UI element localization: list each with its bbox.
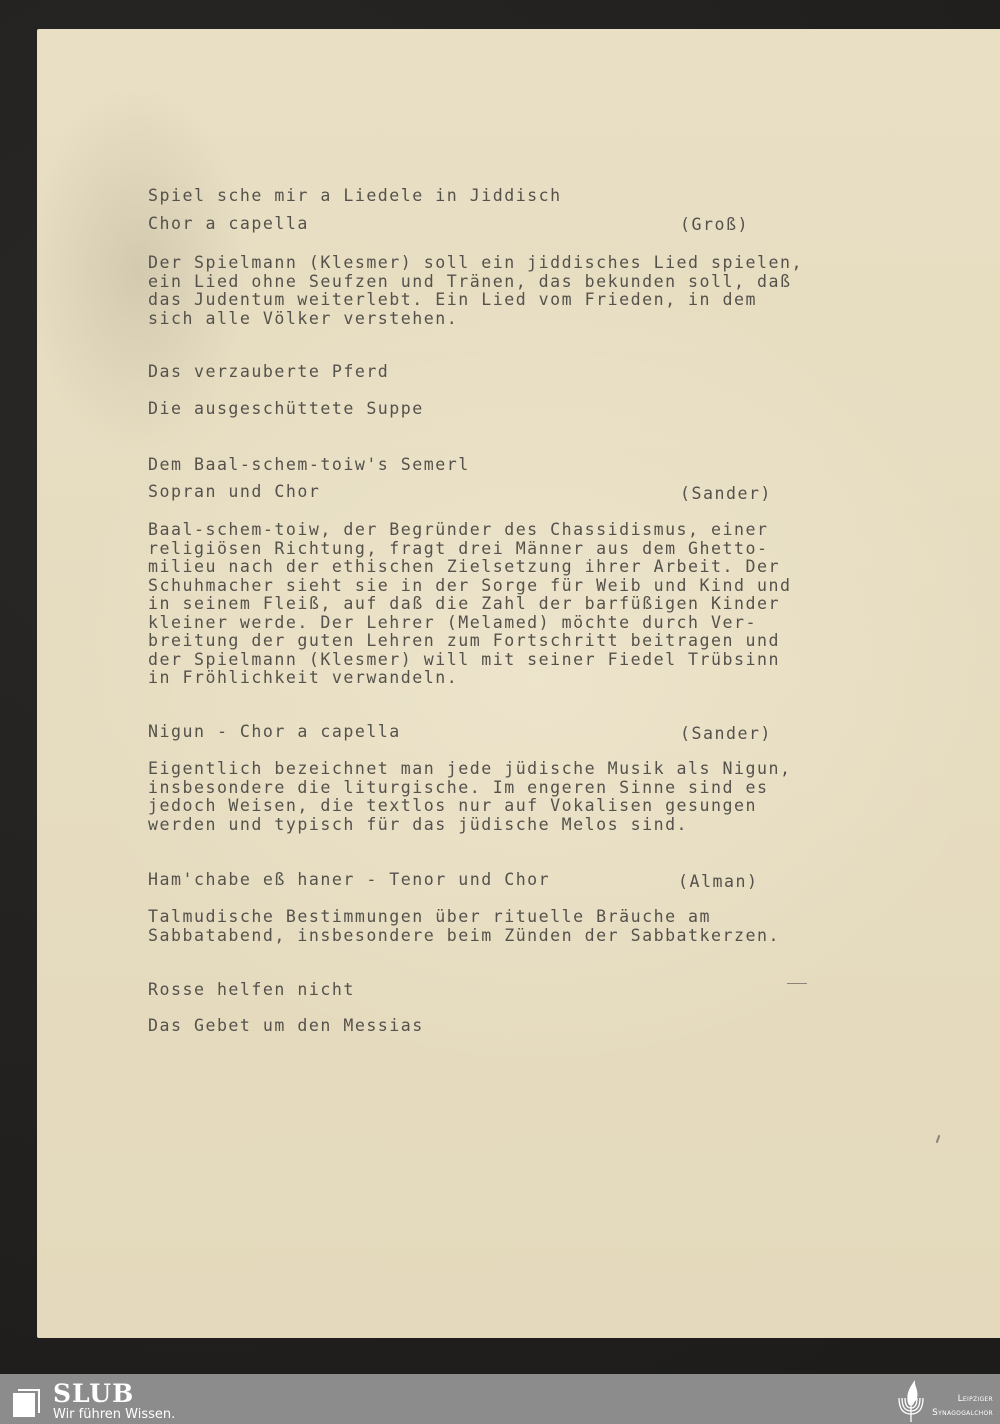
section-subtitle: Chor a capella bbox=[148, 215, 309, 234]
section-title: Die ausgeschüttete Suppe bbox=[148, 400, 424, 419]
section-description-line: in Fröhlichkeit verwandeln. bbox=[148, 669, 458, 688]
footer-bar: SLUB Wir führen Wissen. Leipziger Synago… bbox=[0, 1374, 1000, 1424]
section-description-line: Sabbatabend, insbesondere beim Zünden de… bbox=[148, 927, 780, 946]
section-description-line: ein Lied ohne Seufzen und Tränen, das be… bbox=[148, 273, 791, 292]
synagogalchor-logo-text[interactable]: Leipziger Synagogalchor bbox=[923, 1392, 993, 1420]
section-credit: (Alman) bbox=[678, 872, 758, 891]
section-title: Das verzauberte Pferd bbox=[148, 363, 389, 382]
section-subtitle: Sopran und Chor bbox=[148, 483, 320, 502]
section-credit: (Sander) bbox=[680, 484, 772, 503]
section-credit: (Sander) bbox=[680, 724, 772, 743]
logo-line-1: Leipziger bbox=[923, 1392, 993, 1406]
section-title: Das Gebet um den Messias bbox=[148, 1017, 424, 1036]
section-description-line: Der Spielmann (Klesmer) soll ein jiddisc… bbox=[148, 254, 803, 273]
section-description-line: in seinem Fleiß, auf daß die Zahl der ba… bbox=[148, 595, 780, 614]
section-description-line: religiösen Richtung, fragt drei Männer a… bbox=[148, 540, 768, 559]
section-description-line: jedoch Weisen, die textlos nur auf Vokal… bbox=[148, 797, 757, 816]
section-title: Rosse helfen nicht bbox=[148, 981, 355, 1000]
section-description-line: kleiner werde. Der Lehrer (Melamed) möch… bbox=[148, 614, 757, 633]
slub-logo-text[interactable]: SLUB bbox=[53, 1379, 134, 1408]
section-title: Nigun - Chor a capella bbox=[148, 723, 401, 742]
section-description-line: breitung der guten Lehren zum Fortschrit… bbox=[148, 632, 780, 651]
pencil-mark bbox=[787, 983, 807, 984]
section-description-line: sich alle Völker verstehen. bbox=[148, 310, 458, 329]
paper-blemish bbox=[936, 1135, 941, 1143]
section-title: Spiel sche mir a Liedele in Jiddisch bbox=[148, 187, 562, 206]
section-description-line: werden und typisch für das jüdische Melo… bbox=[148, 816, 688, 835]
section-title: Ham'chabe eß haner - Tenor und Chor bbox=[148, 871, 550, 890]
logo-line-2: Synagogalchor bbox=[923, 1406, 993, 1420]
section-title: Dem Baal-schem-toiw's Semerl bbox=[148, 456, 470, 475]
section-description-line: Baal-schem-toiw, der Begründer des Chass… bbox=[148, 521, 768, 540]
section-description-line: Schuhmacher sieht sie in der Sorge für W… bbox=[148, 577, 791, 596]
section-description-line: der Spielmann (Klesmer) will mit seiner … bbox=[148, 651, 780, 670]
section-description-line: das Judentum weiterlebt. Ein Lied vom Fr… bbox=[148, 291, 757, 310]
section-description-line: milieu nach der ethischen Zielsetzung ih… bbox=[148, 558, 780, 577]
slub-slogan: Wir führen Wissen. bbox=[53, 1407, 175, 1422]
section-description-line: insbesondere die liturgische. Im engeren… bbox=[148, 779, 768, 798]
section-description-line: Talmudische Bestimmungen über rituelle B… bbox=[148, 908, 711, 927]
section-credit: (Groß) bbox=[680, 215, 749, 234]
section-description-line: Eigentlich bezeichnet man jede jüdische … bbox=[148, 760, 791, 779]
book-page-icon bbox=[13, 1389, 40, 1417]
